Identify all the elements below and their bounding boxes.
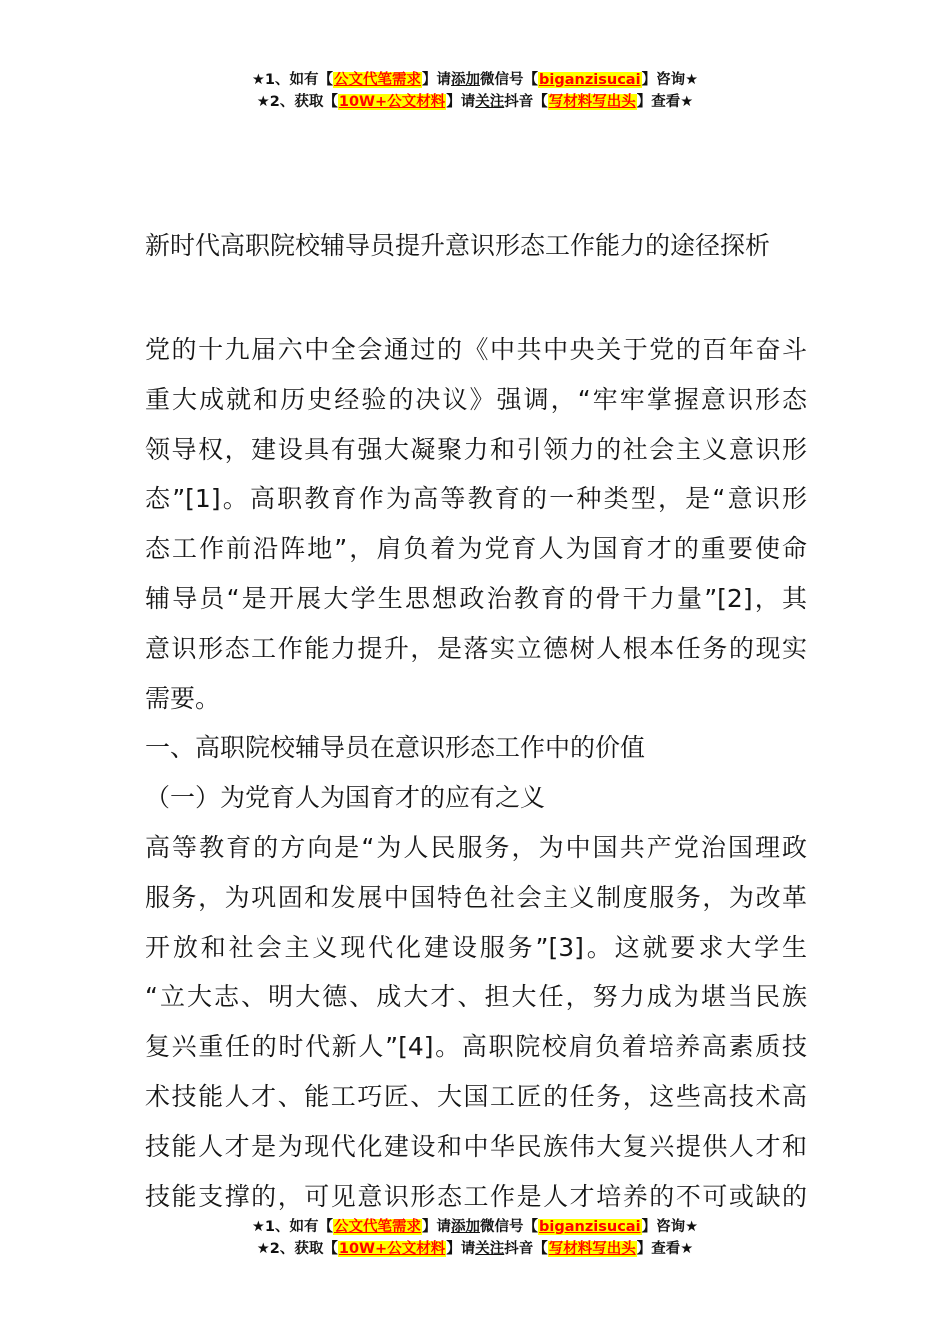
banner-text: 】查看★ — [637, 94, 694, 110]
banner-text: 】查看★ — [637, 1241, 694, 1257]
underlined-follow: 关注 — [475, 1241, 504, 1257]
banner-text: ★2、获取【 — [257, 94, 338, 110]
footer-banner-line-2: ★2、获取【10W+公文材料】请关注抖音【写材料写出头】查看★ — [0, 1238, 950, 1260]
footer-banner: ★1、如有【公文代笔需求】请添加微信号【biganzisucai】咨询★ ★2、… — [0, 1216, 950, 1260]
banner-text: ★1、如有【 — [252, 1219, 333, 1235]
subsection-heading: （一）为党育人为国育才的应有之义 — [145, 773, 807, 823]
banner-text: 】咨询★ — [642, 1219, 699, 1235]
banner-text: ★2、获取【 — [257, 1241, 338, 1257]
banner-text: 】请 — [422, 1219, 451, 1235]
body-line: 意识形态工作能力提升，是落实立德树人根本任务的现实 — [145, 624, 807, 674]
section-heading: 一、高职院校辅导员在意识形态工作中的价值 — [145, 723, 807, 773]
body-line: 服务，为巩固和发展中国特色社会主义制度服务，为改革 — [145, 873, 807, 923]
highlight-douyin-account: 写材料写出头 — [548, 1241, 637, 1257]
underlined-follow: 关注 — [475, 94, 504, 110]
body-line: 需要。 — [145, 674, 807, 724]
banner-text: 微信号【 — [480, 1219, 538, 1235]
body-line: 辅导员“是开展大学生思想政治教育的骨干力量”[2]，其 — [145, 574, 807, 624]
document-title: 新时代高职院校辅导员提升意识形态工作能力的途径探析 — [145, 228, 770, 264]
banner-text: ★1、如有【 — [252, 72, 333, 88]
banner-text: 】请 — [422, 72, 451, 88]
document-body: 党的十九届六中全会通过的《中共中央关于党的百年奋斗 重大成就和历史经验的决议》强… — [145, 325, 807, 1221]
body-line: 术技能人才、能工巧匠、大国工匠的任务，这些高技术高 — [145, 1072, 807, 1122]
highlight-service: 公文代笔需求 — [333, 1219, 422, 1235]
highlight-wechat-id: biganzisucai — [538, 1219, 642, 1235]
banner-text: 抖音【 — [504, 1241, 548, 1257]
banner-text: 】请 — [446, 1241, 475, 1257]
highlight-service: 公文代笔需求 — [333, 72, 422, 88]
body-line: 态”[1]。高职教育作为高等教育的一种类型，是“意识形 — [145, 474, 807, 524]
banner-text: 】咨询★ — [642, 72, 699, 88]
banner-text: 】请 — [446, 94, 475, 110]
body-line: 技能人才是为现代化建设和中华民族伟大复兴提供人才和 — [145, 1122, 807, 1172]
body-line: “立大志、明大德、成大才、担大任，努力成为堪当民族 — [145, 972, 807, 1022]
body-line: 态工作前沿阵地”，肩负着为党育人为国育才的重要使命 — [145, 524, 807, 574]
highlight-materials: 10W+公文材料 — [338, 94, 446, 110]
body-line: 复兴重任的时代新人”[4]。高职院校肩负着培养高素质技 — [145, 1022, 807, 1072]
underlined-add: 添加 — [451, 1219, 480, 1235]
banner-text: 微信号【 — [480, 72, 538, 88]
highlight-douyin-account: 写材料写出头 — [548, 94, 637, 110]
body-line: 领导权，建设具有强大凝聚力和引领力的社会主义意识形 — [145, 425, 807, 475]
body-line: 开放和社会主义现代化建设服务”[3]。这就要求大学生 — [145, 923, 807, 973]
body-line: 党的十九届六中全会通过的《中共中央关于党的百年奋斗 — [145, 325, 807, 375]
body-line: 重大成就和历史经验的决议》强调，“牢牢掌握意识形态 — [145, 375, 807, 425]
body-line: 技能支撑的，可见意识形态工作是人才培养的不可或缺的 — [145, 1172, 807, 1222]
banner-text: 抖音【 — [504, 94, 548, 110]
footer-banner-line-1: ★1、如有【公文代笔需求】请添加微信号【biganzisucai】咨询★ — [0, 1216, 950, 1238]
header-banner: ★1、如有【公文代笔需求】请添加微信号【biganzisucai】咨询★ ★2、… — [0, 69, 950, 113]
highlight-wechat-id: biganzisucai — [538, 72, 642, 88]
header-banner-line-2: ★2、获取【10W+公文材料】请关注抖音【写材料写出头】查看★ — [0, 91, 950, 113]
header-banner-line-1: ★1、如有【公文代笔需求】请添加微信号【biganzisucai】咨询★ — [0, 69, 950, 91]
highlight-materials: 10W+公文材料 — [338, 1241, 446, 1257]
underlined-add: 添加 — [451, 72, 480, 88]
body-line: 高等教育的方向是“为人民服务，为中国共产党治国理政 — [145, 823, 807, 873]
